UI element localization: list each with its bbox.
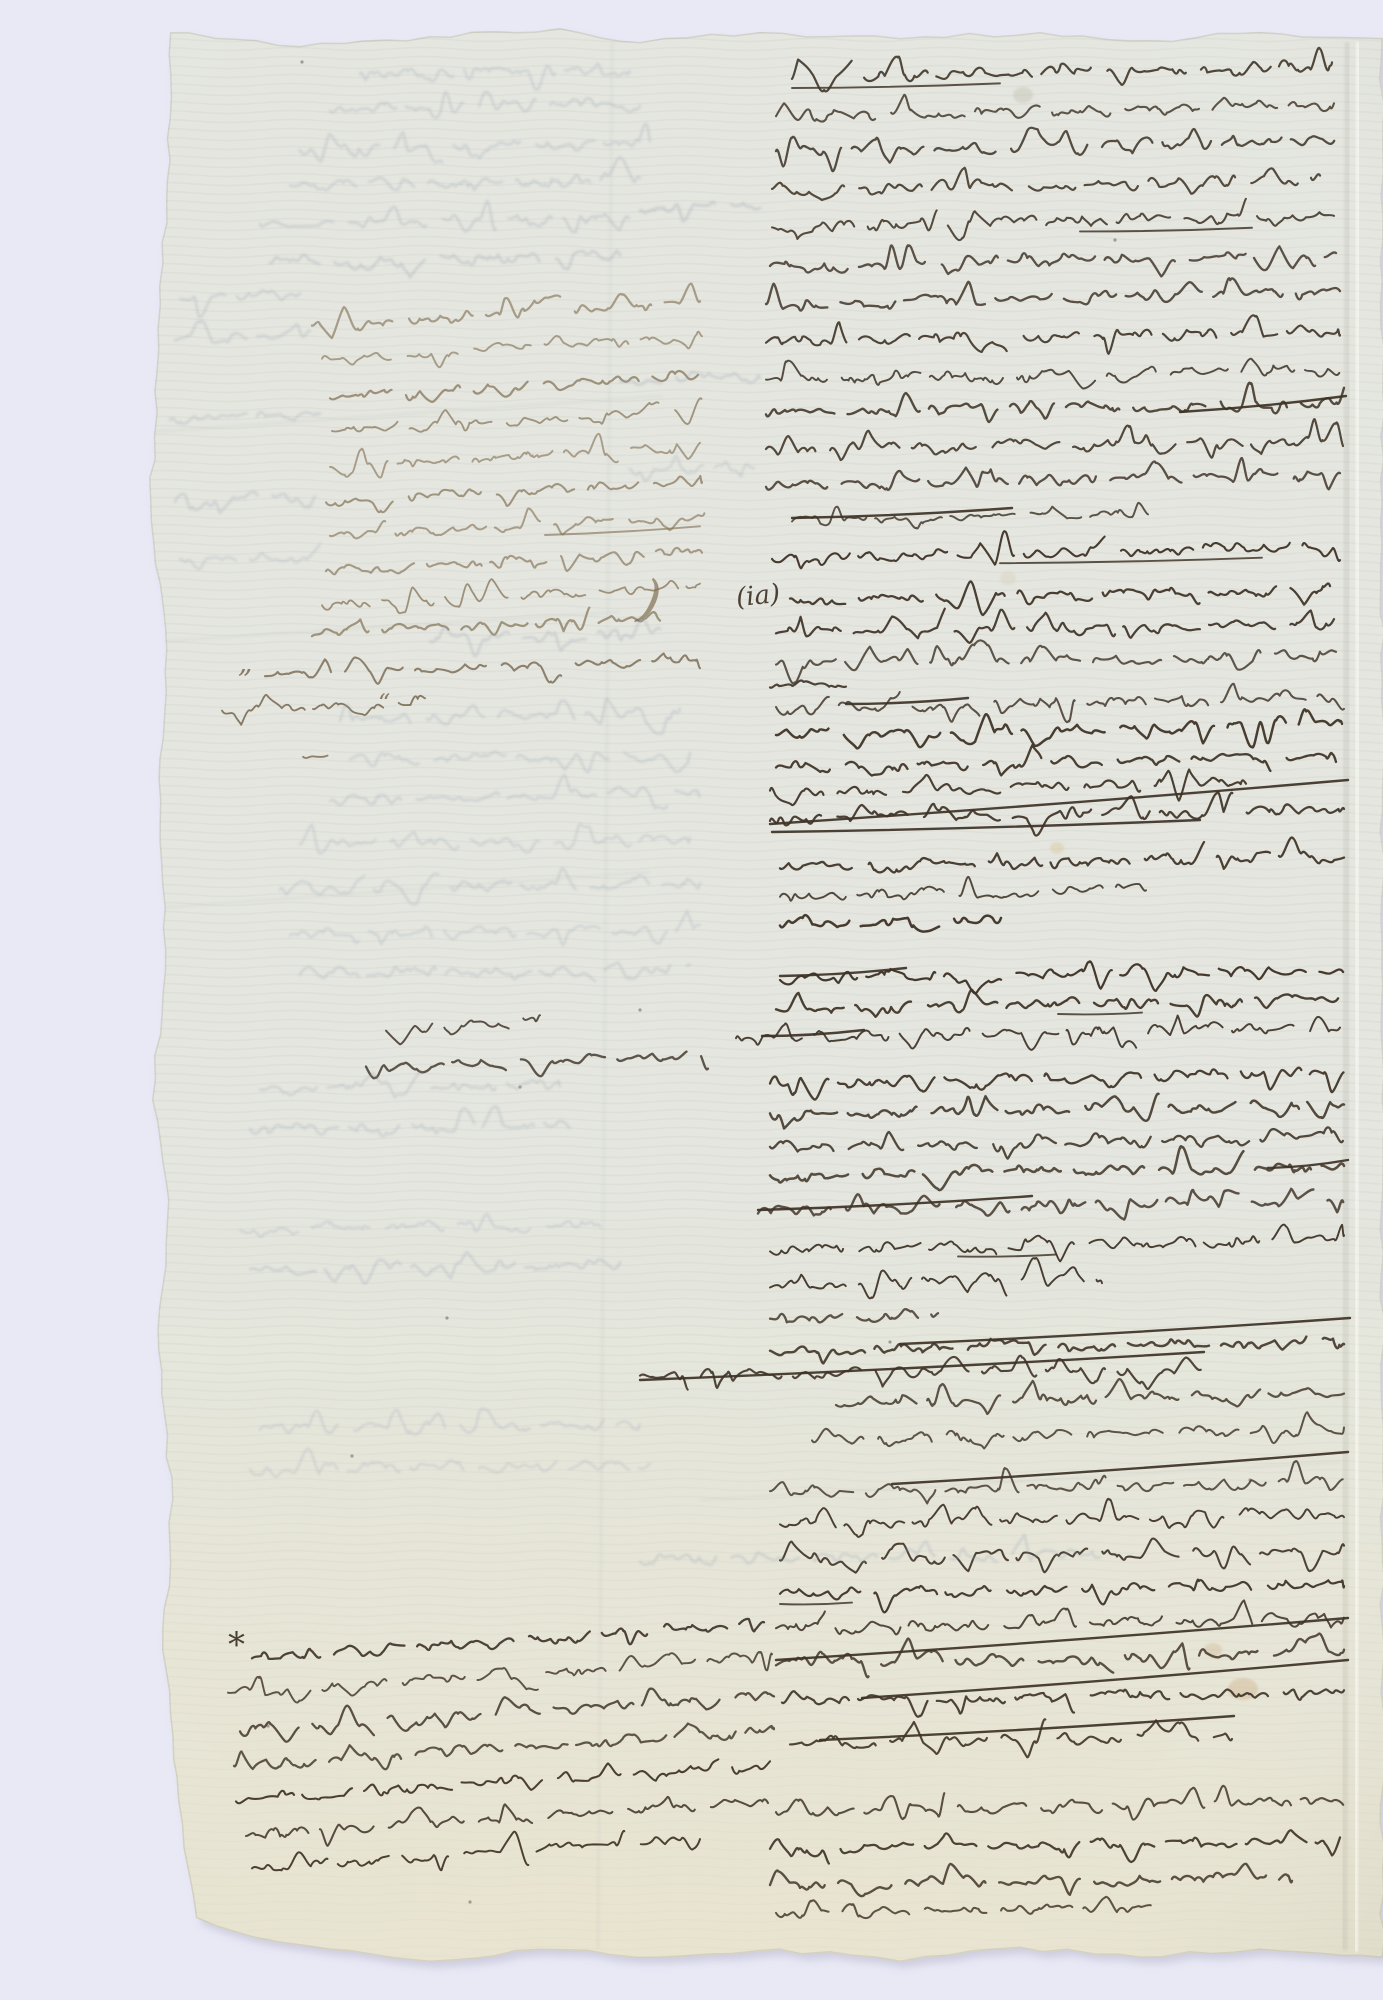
manuscript-scan-svg bbox=[0, 0, 1383, 2000]
scanned-manuscript-page: (ia) * „ “ ) bbox=[0, 0, 1383, 2000]
paper-surface bbox=[0, 0, 1383, 2000]
